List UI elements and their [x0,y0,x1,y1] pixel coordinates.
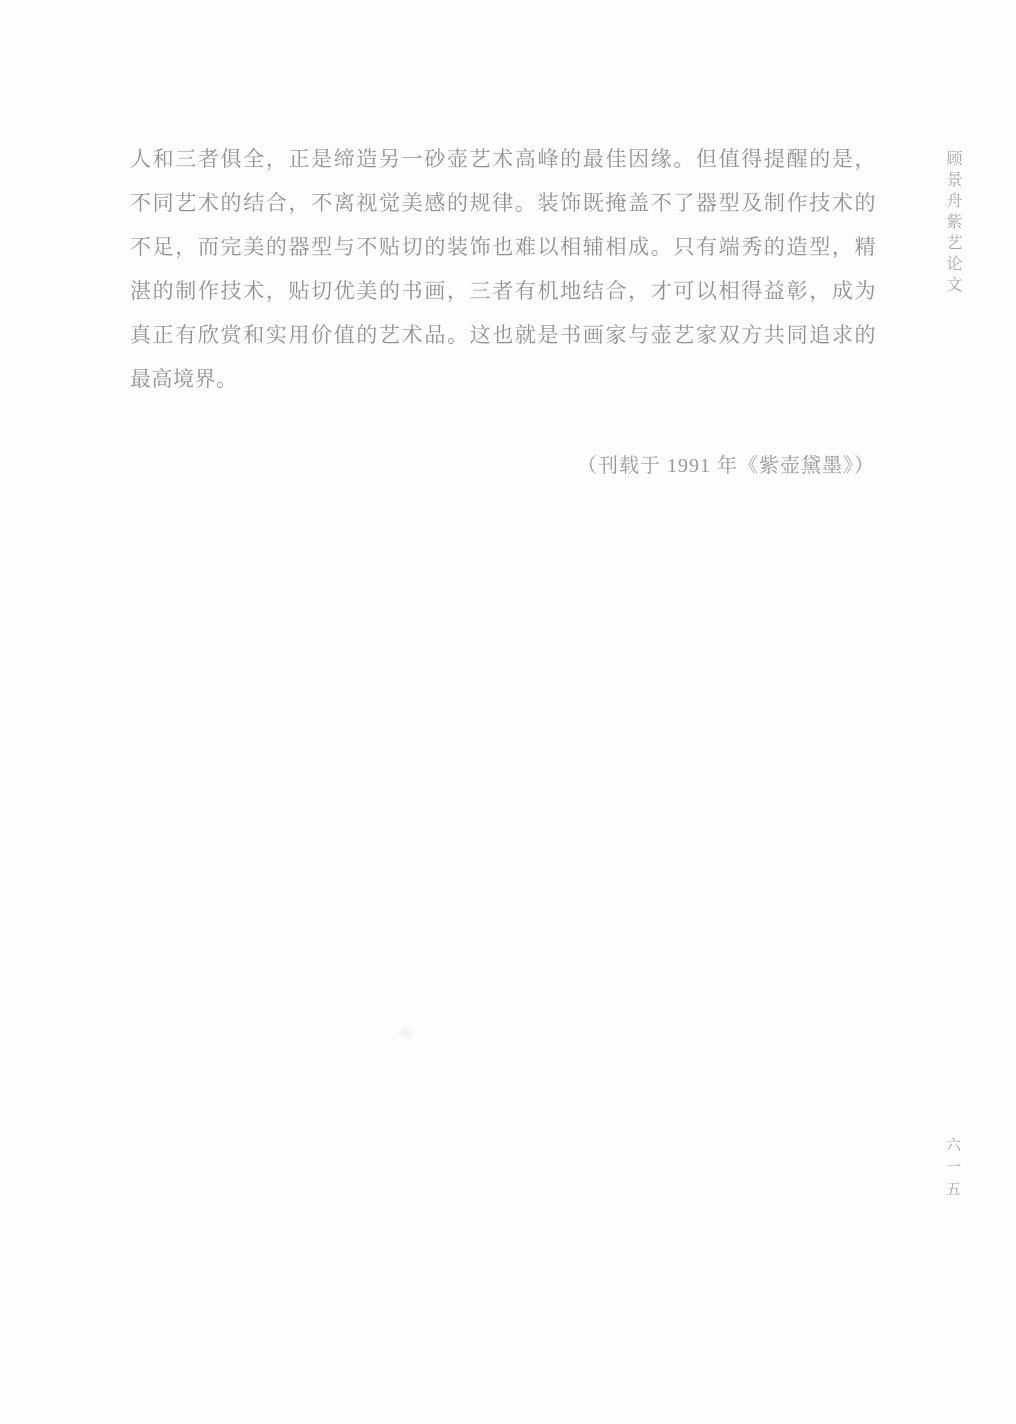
paper-smudge [401,1029,412,1037]
essay-body: 人和三者俱全，正是缔造另一砂壶艺术高峰的最佳因缘。但值得提醒的是， 不同艺术的结… [130,137,876,401]
essay-line-3: 不足，而完美的器型与不贴切的装饰也难以相辅相成。只有端秀的造型，精 [130,225,876,269]
essay-line-6: 最高境界。 [130,357,876,401]
book-page: 人和三者俱全，正是缔造另一砂壶艺术高峰的最佳因缘。但值得提醒的是， 不同艺术的结… [0,0,1016,1424]
essay-line-2: 不同艺术的结合，不离视觉美感的规律。装饰既掩盖不了器型及制作技术的 [130,181,876,225]
essay-line-1: 人和三者俱全，正是缔造另一砂壶艺术高峰的最佳因缘。但值得提醒的是， [130,137,876,181]
running-title-vertical: 顾景舟紫艺论文 [942,150,962,297]
essay-line-5: 真正有欣赏和实用价值的艺术品。这也就是书画家与壶艺家双方共同追求的 [130,313,876,357]
page-number-vertical: 六一五 [942,1137,961,1203]
essay-line-4: 湛的制作技术，贴切优美的书画，三者有机地结合，才可以相得益彰，成为 [130,269,876,313]
publication-citation: （刊载于 1991 年《紫壶黛墨》） [577,444,875,488]
